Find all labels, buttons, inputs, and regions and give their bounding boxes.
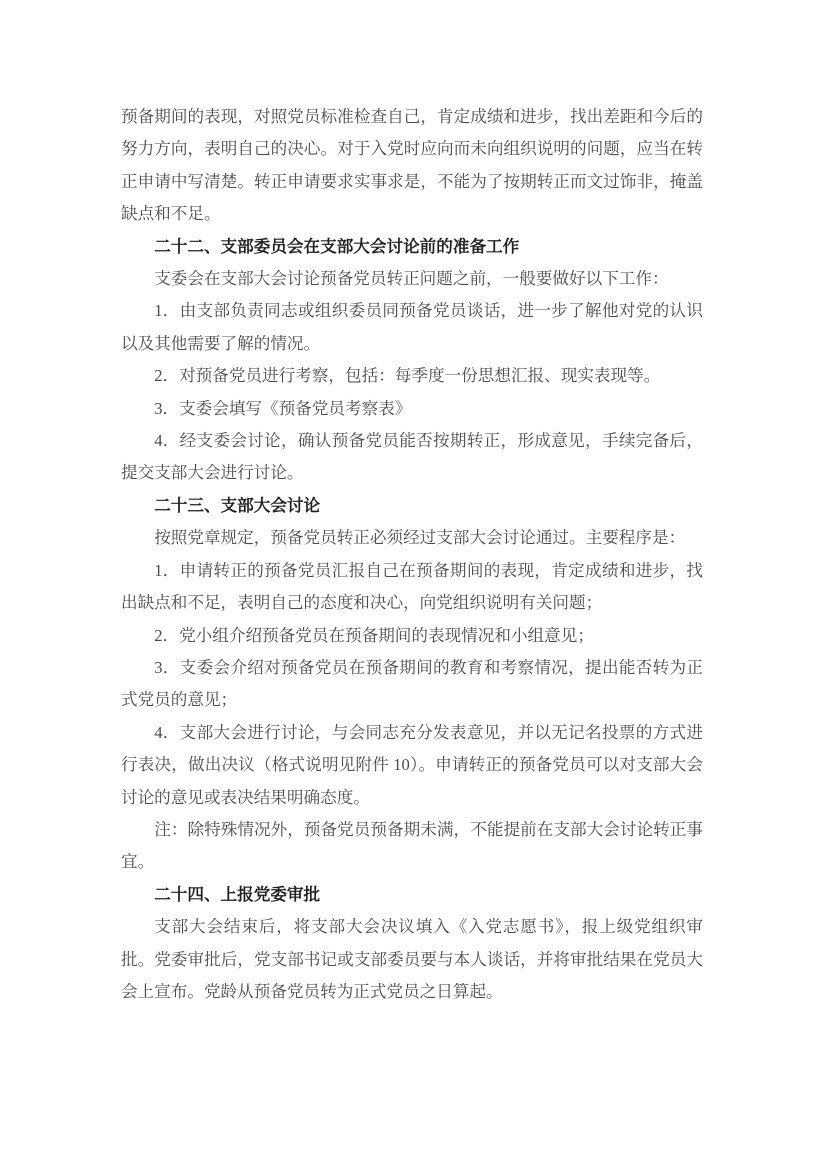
paragraph-section-22-intro: 支委会在支部大会讨论预备党员转正问题之前，一般要做好以下工作：	[121, 263, 703, 295]
heading-section-22-preparation-work: 二十二、支部委员会在支部大会讨论前的准备工作	[121, 231, 703, 263]
list-item-22-3-fill-inspection-form: 3．支委会填写《预备党员考察表》	[121, 393, 703, 425]
heading-section-23-branch-meeting-discussion: 二十三、支部大会讨论	[121, 490, 703, 522]
document-body: 预备期间的表现，对照党员标准检查自己，肯定成绩和进步，找出差距和今后的努力方向，…	[121, 101, 703, 1008]
list-item-22-1-talk-with-member: 1．由支部负责同志或组织委员同预备党员谈话，进一步了解他对党的认识以及其他需要了…	[121, 295, 703, 360]
paragraph-section-24-body: 支部大会结束后，将支部大会决议填入《入党志愿书》，报上级党组织审批。党委审批后，…	[121, 911, 703, 1008]
list-item-23-4-vote-resolution: 4．支部大会进行讨论，与会同志充分发表意见，并以无记名投票的方式进行表决，做出决…	[121, 717, 703, 814]
document-page: 预备期间的表现，对照党员标准检查自己，肯定成绩和进步，找出差距和今后的努力方向，…	[0, 0, 826, 1169]
list-item-23-3-committee-opinion: 3．支委会介绍对预备党员在预备期间的教育和考察情况，提出能否转为正式党员的意见；	[121, 652, 703, 717]
paragraph-note: 注：除特殊情况外，预备党员预备期未满，不能提前在支部大会讨论转正事宜。	[121, 814, 703, 879]
paragraph-section-23-intro: 按照党章规定，预备党员转正必须经过支部大会讨论通过。主要程序是：	[121, 522, 703, 554]
paragraph-transfer-application-continuation: 预备期间的表现，对照党员标准检查自己，肯定成绩和进步，找出差距和今后的努力方向，…	[121, 101, 703, 231]
list-item-23-1-member-report: 1．申请转正的预备党员汇报自己在预备期间的表现，肯定成绩和进步，找出缺点和不足，…	[121, 555, 703, 620]
list-item-23-2-group-opinion: 2．党小组介绍预备党员在预备期间的表现情况和小组意见；	[121, 620, 703, 652]
list-item-22-2-inspection: 2．对预备党员进行考察，包括：每季度一份思想汇报、现实表现等。	[121, 360, 703, 392]
list-item-22-4-committee-discussion: 4．经支委会讨论，确认预备党员能否按期转正，形成意见，手续完备后，提交支部大会进…	[121, 425, 703, 490]
heading-section-24-report-for-approval: 二十四、上报党委审批	[121, 879, 703, 911]
